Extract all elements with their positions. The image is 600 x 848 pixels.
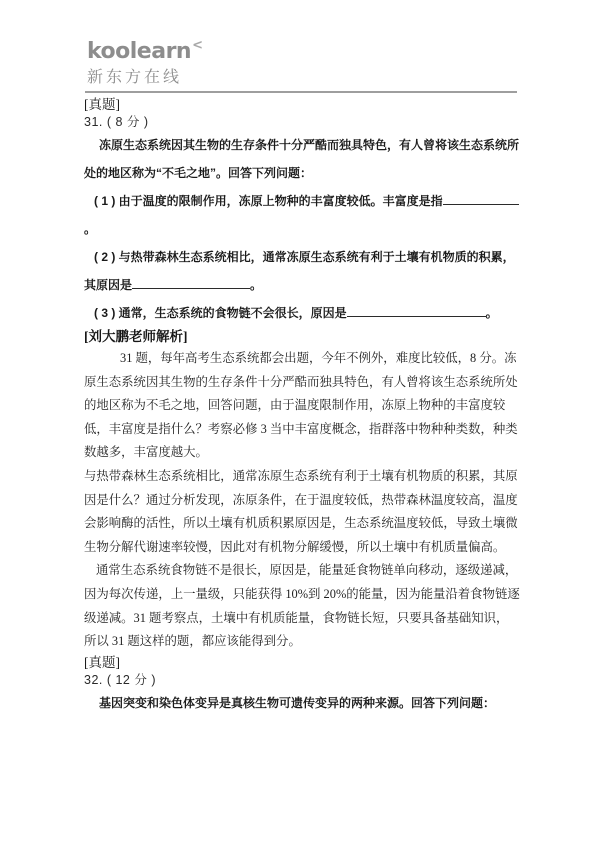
item-1-period: 。	[84, 222, 96, 236]
item-1-answer-blank	[443, 192, 519, 205]
item-2-answer-blank	[132, 276, 250, 289]
section-tag-zhenti-1: [真题]	[84, 96, 520, 114]
item-2-period: 。	[250, 278, 262, 292]
question-31-item-1: ( 1 ) 由于温度的限制作用，冻原上物种的丰富度较低。丰富度是指。	[84, 187, 520, 243]
section-tag-zhenti-2: [真题]	[84, 654, 520, 672]
item-1-text: ( 1 ) 由于温度的限制作用，冻原上物种的丰富度较低。丰富度是指	[94, 194, 443, 208]
item-3-period: 。	[486, 306, 498, 320]
analysis-paragraph-2: 与热带森林生态系统相比，通常冻原生态系统有利于土壤有机物质的积累，其原因是什么？…	[84, 465, 520, 559]
document-page: koolearn< 新东方在线 [真题] 31. ( 8 分 ) 冻原生态系统因…	[0, 0, 600, 848]
question-32-number: 32. ( 12 分 )	[84, 672, 520, 689]
question-31-item-3: ( 3 ) 通常，生态系统的食物链不会很长，原因是。	[84, 299, 520, 327]
item-3-answer-blank	[347, 304, 486, 317]
question-31-number: 31. ( 8 分 )	[84, 114, 520, 131]
analysis-paragraph-3: 通常生态系统食物链不是很长，原因是，能量延食物链单向移动，逐级递减，因为每次传递…	[84, 559, 520, 653]
question-31-intro: 冻原生态系统因其生物的生存条件十分严酷而独具特色，有人曾将该生态系统所处的地区称…	[84, 131, 520, 187]
koolearn-logo: koolearn<	[87, 40, 202, 67]
question-31-item-2: ( 2 ) 与热带森林生态系统相比，通常冻原生态系统有利于土壤有机物质的积累，其…	[84, 243, 520, 299]
brand-header: koolearn< 新东方在线	[87, 40, 202, 88]
header-divider	[85, 91, 517, 93]
analysis-title: [刘大鹏老师解析]	[84, 327, 520, 347]
logo-wordmark: koolearn	[87, 39, 191, 64]
logo-subtitle: 新东方在线	[87, 68, 202, 88]
logo-chevron-icon: <	[192, 38, 203, 53]
document-body: [真题] 31. ( 8 分 ) 冻原生态系统因其生物的生存条件十分严酷而独具特…	[84, 96, 520, 717]
analysis-paragraph-1: 31 题，每年高考生态系统都会出题，今年不例外，难度比较低，8 分。冻原生态系统…	[84, 347, 520, 465]
item-3-text: ( 3 ) 通常，生态系统的食物链不会很长，原因是	[94, 306, 347, 320]
question-32-intro: 基因突变和染色体变异是真核生物可遗传变异的两种来源。回答下列问题：	[84, 689, 520, 717]
